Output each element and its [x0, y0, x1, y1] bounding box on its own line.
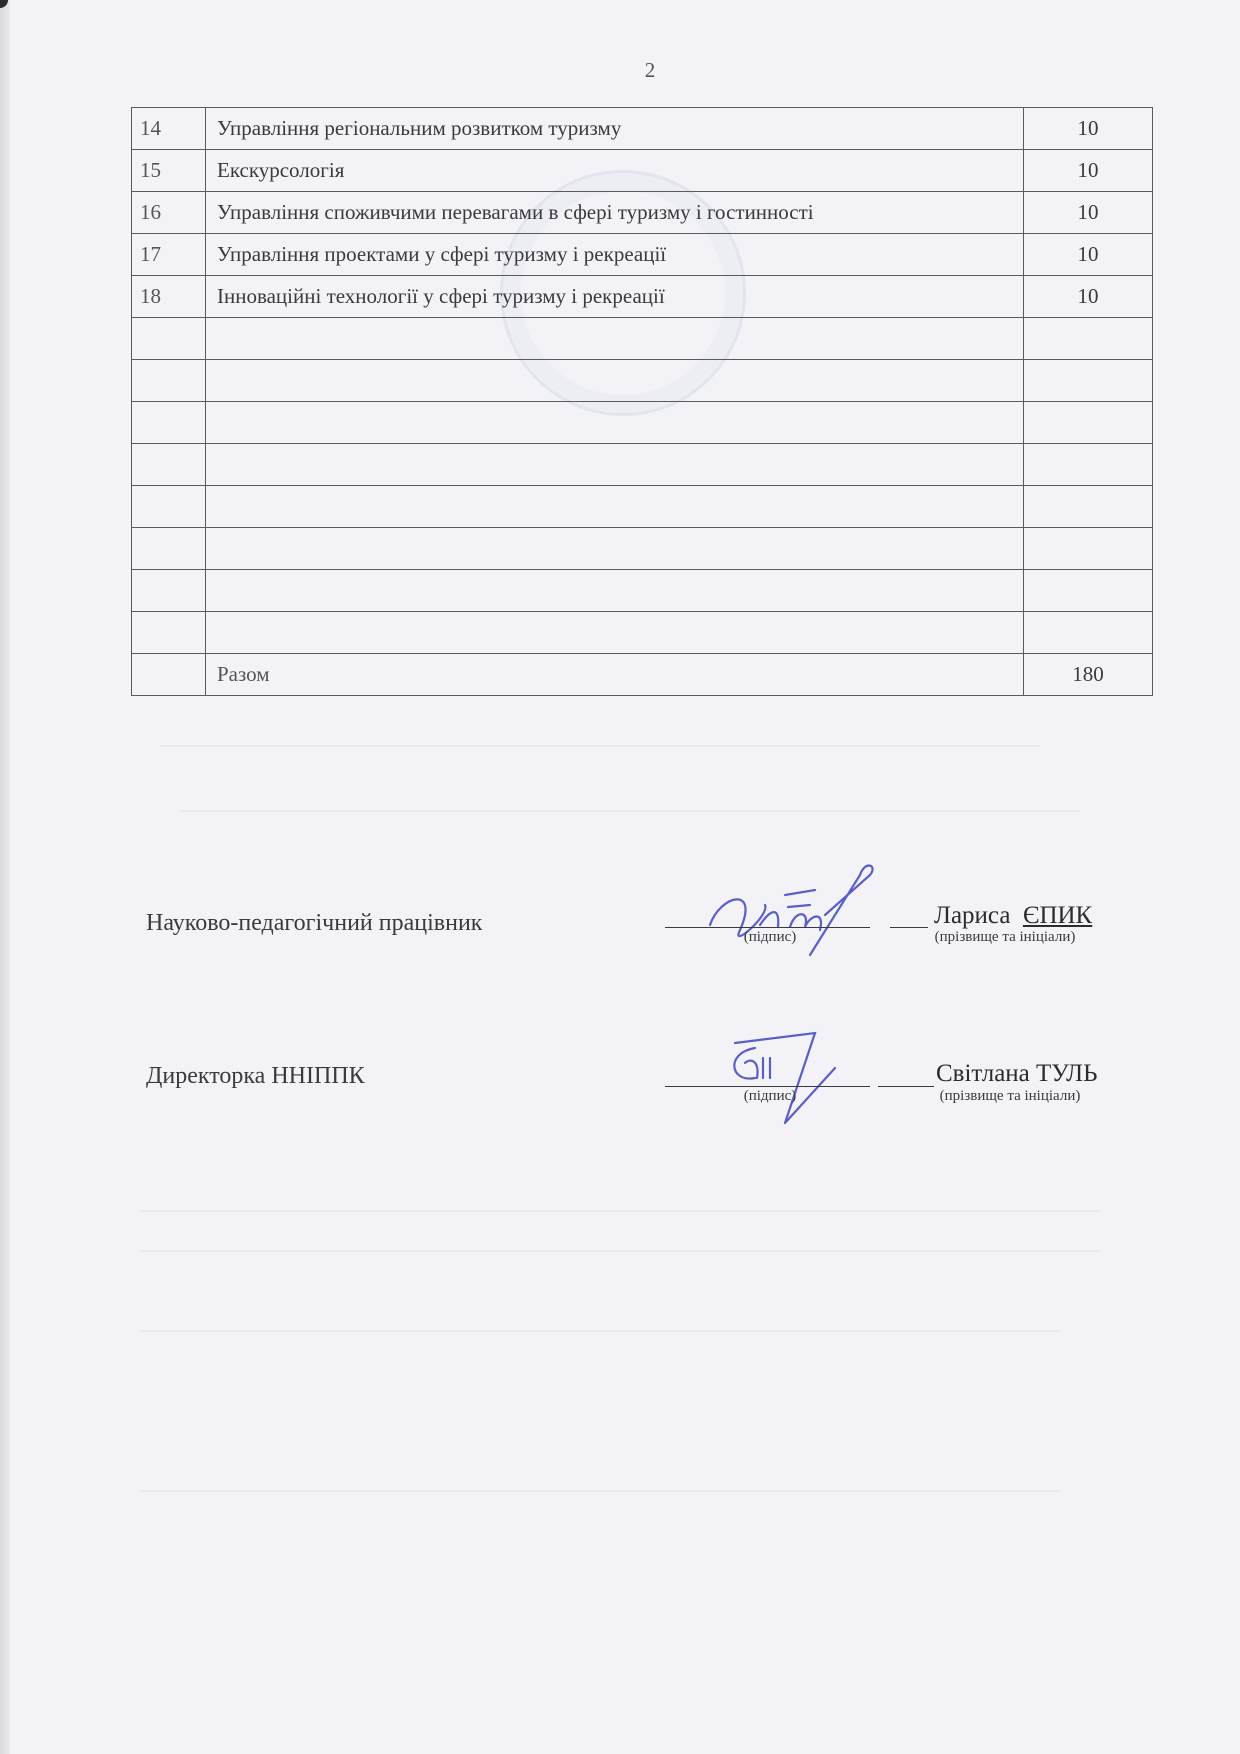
signature-image: [715, 1028, 845, 1128]
credits-cell: 10: [1024, 276, 1153, 318]
show-through-line: [140, 1250, 1100, 1252]
credits-cell: [1024, 444, 1153, 486]
course-name-cell: Інноваційні технології у сфері туризму і…: [206, 276, 1024, 318]
signature-caption: (підпис): [720, 929, 820, 946]
table-row: 17Управління проектами у сфері туризму і…: [132, 234, 1153, 276]
credits-cell: [1024, 612, 1153, 654]
name-line: [890, 927, 928, 928]
signer-last-name: ЄПИК: [1023, 902, 1092, 929]
signer-first-name: Світлана: [936, 1060, 1030, 1087]
row-number-cell: [132, 486, 206, 528]
show-through-line: [180, 810, 1080, 812]
row-number-cell: 17: [132, 234, 206, 276]
table-row: 18Інноваційні технології у сфері туризму…: [132, 276, 1153, 318]
course-name-cell: Управління проектами у сфері туризму і р…: [206, 234, 1024, 276]
table-row: 16Управління споживчими перевагами в сфе…: [132, 192, 1153, 234]
credits-cell: [1024, 528, 1153, 570]
row-number-cell: 16: [132, 192, 206, 234]
credits-cell: [1024, 486, 1153, 528]
row-number-cell: [132, 402, 206, 444]
credits-cell: [1024, 570, 1153, 612]
row-number-cell: [132, 528, 206, 570]
credits-cell: 10: [1024, 108, 1153, 150]
name-line: [878, 1086, 934, 1087]
signature-caption: (підпис): [720, 1088, 820, 1105]
row-number-cell: 14: [132, 108, 206, 150]
signer-role-label: Директорка ННІППК: [146, 1063, 365, 1090]
course-name-cell: [206, 570, 1024, 612]
total-number-cell: [132, 654, 206, 696]
row-number-cell: [132, 612, 206, 654]
course-name-cell: [206, 360, 1024, 402]
show-through-line: [140, 1490, 1060, 1492]
row-number-cell: 18: [132, 276, 206, 318]
signer-name: Лариса ЄПИК: [934, 902, 1092, 930]
table-row: [132, 486, 1153, 528]
signature-line: [665, 927, 870, 928]
row-number-cell: [132, 318, 206, 360]
total-label: Разом: [206, 654, 1024, 696]
table-row: [132, 612, 1153, 654]
credits-cell: 10: [1024, 150, 1153, 192]
table-row: [132, 528, 1153, 570]
course-name-cell: [206, 402, 1024, 444]
credits-cell: 10: [1024, 192, 1153, 234]
signer-role-label: Науково-педагогічний працівник: [146, 910, 482, 937]
signature-line: [665, 1086, 870, 1087]
table-row: 15Екскурсологія10: [132, 150, 1153, 192]
course-name-cell: [206, 444, 1024, 486]
signer-last-name: ТУЛЬ: [1036, 1060, 1097, 1087]
table-row: [132, 318, 1153, 360]
course-table: 14Управління регіональним розвитком тури…: [131, 107, 1153, 696]
credits-cell: [1024, 402, 1153, 444]
show-through-line: [140, 1210, 1100, 1212]
show-through-line: [140, 1330, 1060, 1332]
course-name-cell: Управління споживчими перевагами в сфері…: [206, 192, 1024, 234]
page-number: 2: [640, 58, 660, 83]
row-number-cell: 15: [132, 150, 206, 192]
name-caption: (прізвище та ініціали): [920, 1088, 1100, 1105]
row-number-cell: [132, 570, 206, 612]
name-caption: (прізвище та ініціали): [915, 929, 1095, 946]
credits-cell: 10: [1024, 234, 1153, 276]
signer-first-name: Лариса: [934, 902, 1010, 929]
scan-edge-shadow: [0, 0, 10, 1754]
course-name-cell: Управління регіональним розвитком туризм…: [206, 108, 1024, 150]
signer-name: Світлана ТУЛЬ: [936, 1060, 1098, 1088]
table-row: [132, 444, 1153, 486]
table-row: 14Управління регіональним розвитком тури…: [132, 108, 1153, 150]
show-through-line: [160, 745, 1040, 747]
row-number-cell: [132, 444, 206, 486]
table-row: [132, 402, 1153, 444]
credits-cell: [1024, 360, 1153, 402]
table-row: [132, 570, 1153, 612]
row-number-cell: [132, 360, 206, 402]
course-name-cell: [206, 528, 1024, 570]
course-name-cell: [206, 612, 1024, 654]
course-name-cell: Екскурсологія: [206, 150, 1024, 192]
course-name-cell: [206, 486, 1024, 528]
total-value: 180: [1024, 654, 1153, 696]
course-name-cell: [206, 318, 1024, 360]
credits-cell: [1024, 318, 1153, 360]
total-row: Разом180: [132, 654, 1153, 696]
table-row: [132, 360, 1153, 402]
